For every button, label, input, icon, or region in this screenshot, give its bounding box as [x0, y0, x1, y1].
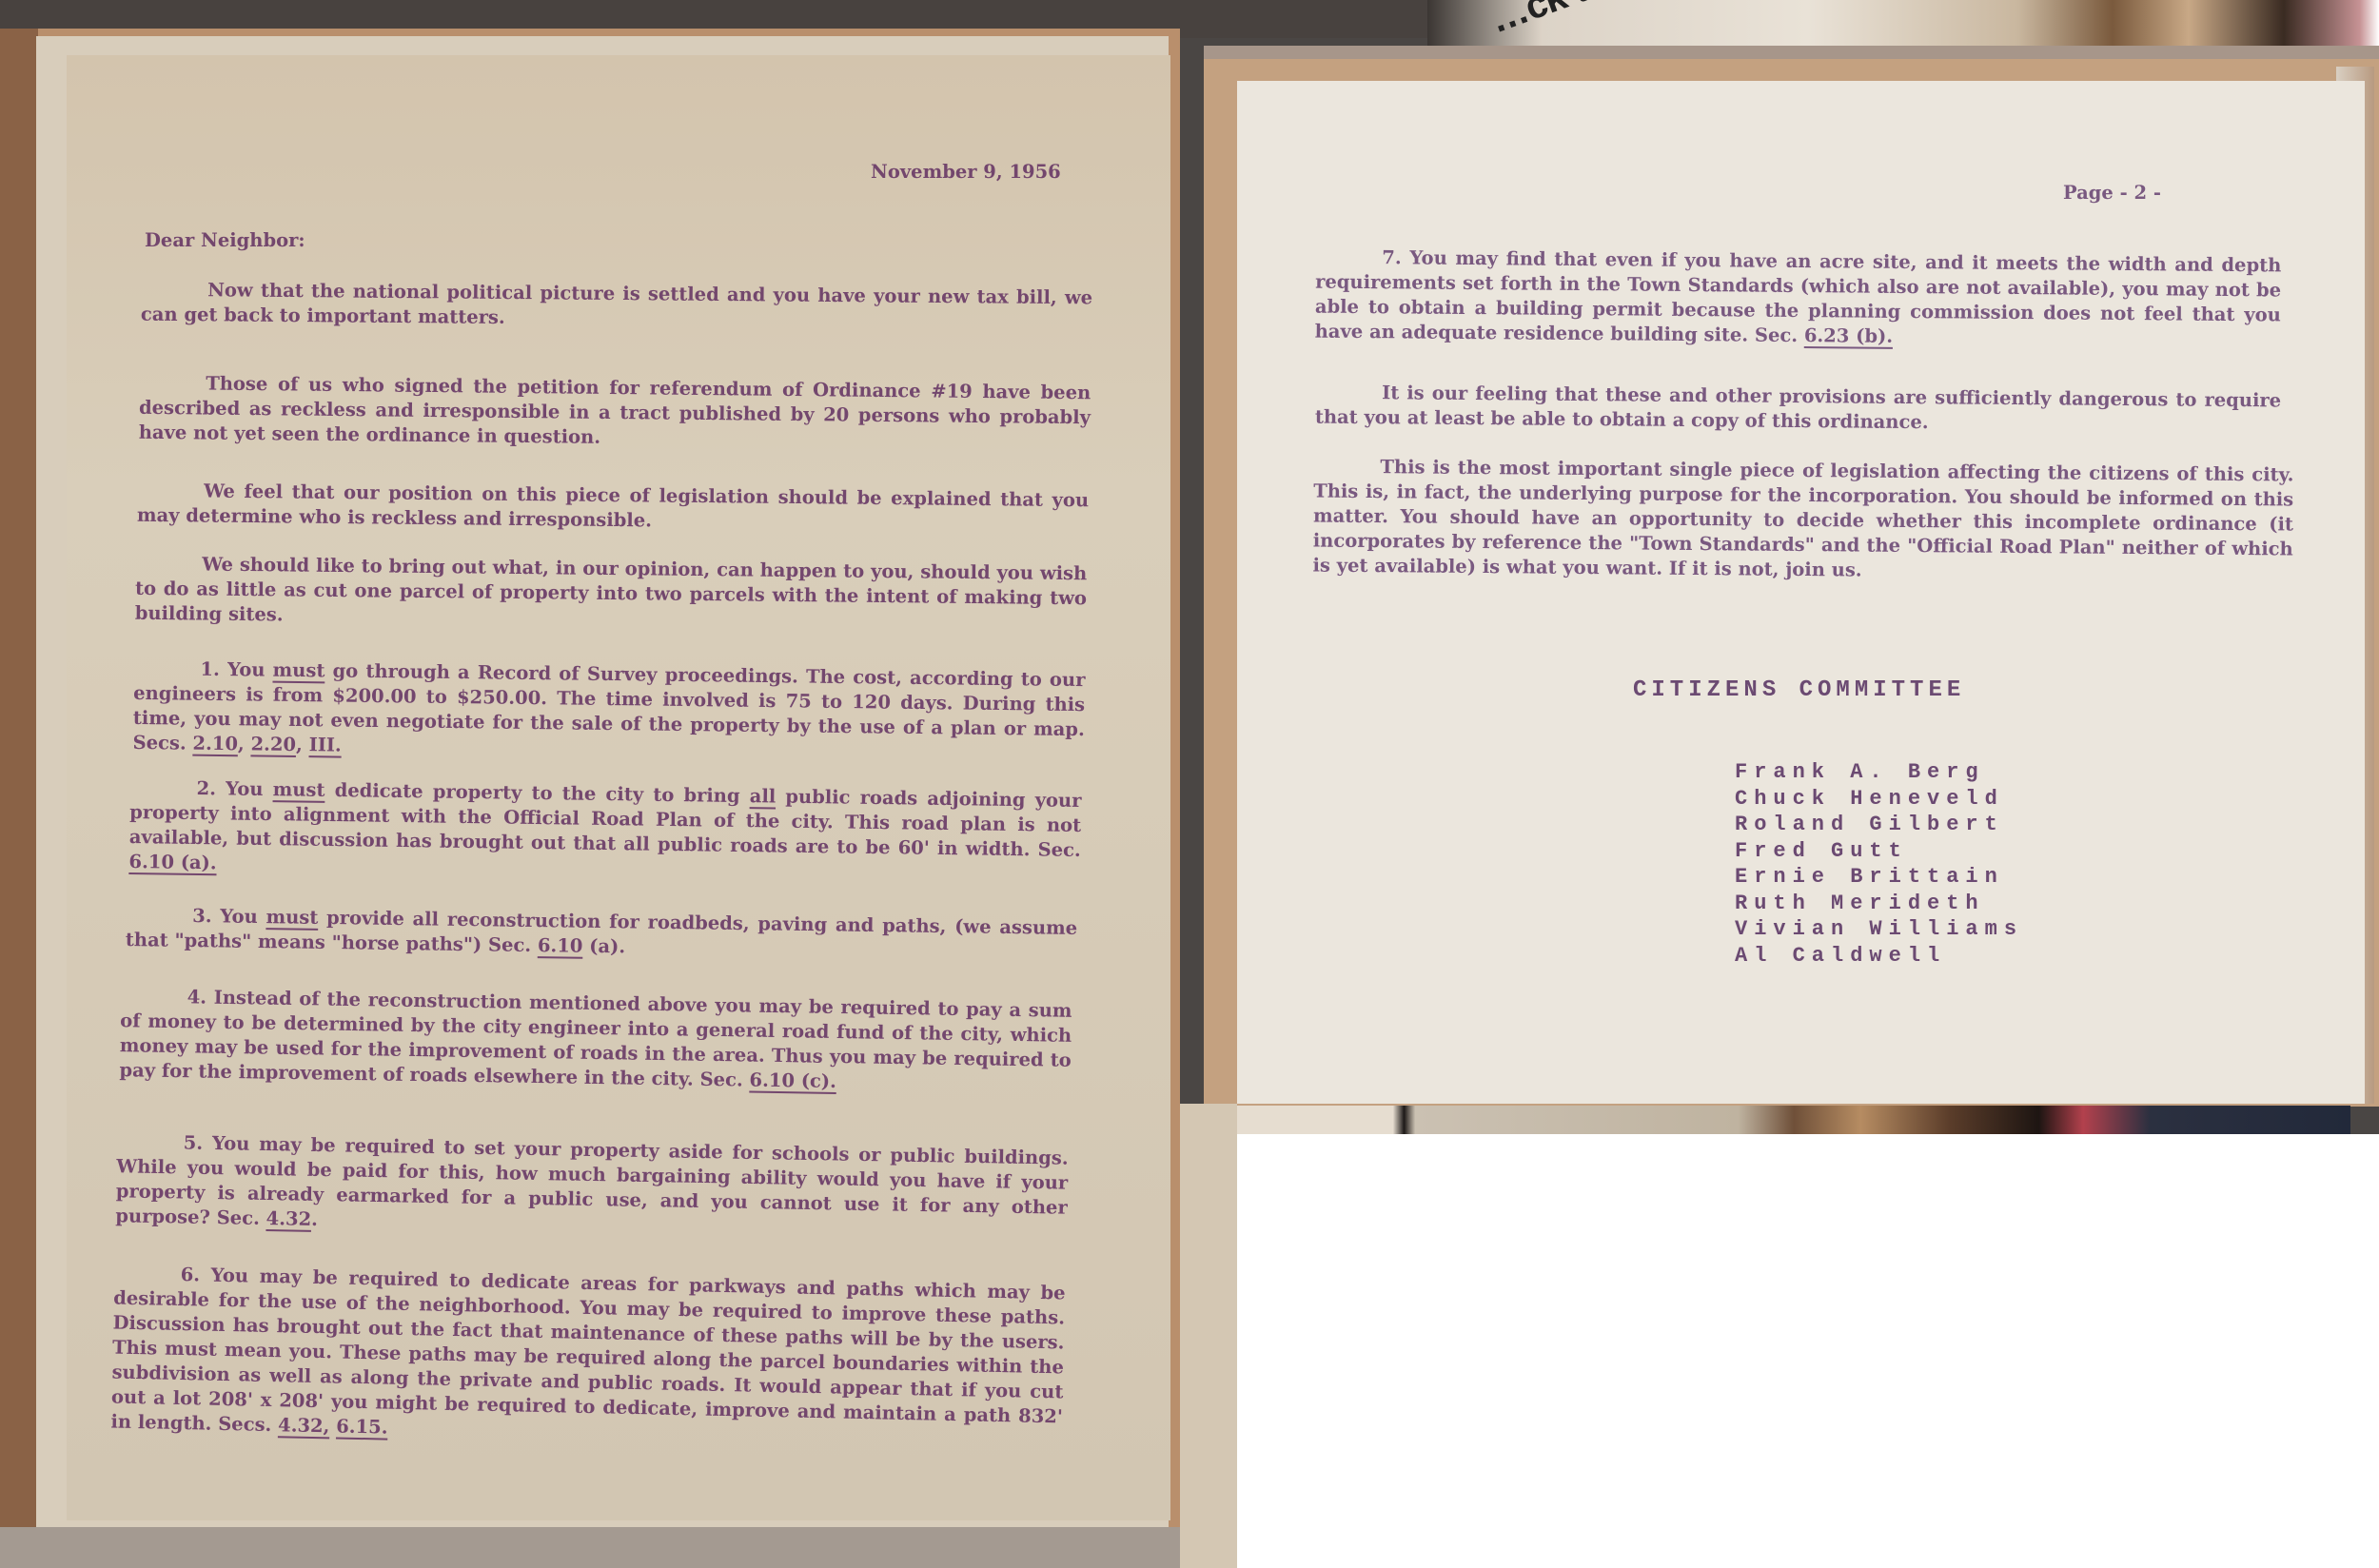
list-item-5: 5. You may be required to set your prope… — [115, 1129, 1069, 1245]
item-tail: . — [311, 1208, 318, 1230]
signatory-list: Frank A. Berg Chuck Heneveld Roland Gilb… — [1735, 759, 2023, 969]
item-number: 2. — [196, 777, 216, 799]
signatory-name: Ruth Merideth — [1735, 891, 2023, 917]
list-item-6: 6. You may be required to dedicate areas… — [110, 1262, 1066, 1455]
item-number: 1. — [200, 658, 220, 680]
right-binder-top-edge — [1204, 46, 2379, 59]
paragraph-petition: Those of us who signed the petition for … — [139, 371, 1091, 455]
letter-date: November 9, 1956 — [871, 160, 1061, 185]
section-ref: 6.23 (b). — [1804, 324, 1893, 347]
paragraph-provisions: It is our feeling that these and other p… — [1315, 381, 2281, 439]
list-item-7: 7. You may find that even if you have an… — [1315, 245, 2282, 353]
item-emphasis: must — [265, 906, 318, 929]
signatory-name: Fred Gutt — [1735, 838, 2023, 865]
left-page-bottom-shadow — [0, 1527, 1228, 1568]
item-text: dedicate property to the city to bring — [335, 779, 740, 807]
item-emphasis: all — [750, 785, 777, 807]
page-number-label: Page - 2 - — [2063, 181, 2161, 206]
item-text: You may be required to dedicate areas fo… — [110, 1264, 1066, 1436]
letter-salutation: Dear Neighbor: — [145, 228, 305, 253]
signatory-name: Vivian Williams — [1735, 916, 2023, 943]
paragraph-position: We feel that our position on this piece … — [137, 479, 1089, 538]
left-page-lower-edge — [1180, 1104, 1237, 1568]
item-tail: (a). — [589, 935, 625, 958]
section-ref: 2.20 — [250, 733, 296, 755]
signatory-name: Frank A. Berg — [1735, 759, 2023, 786]
signatory-name: Chuck Heneveld — [1735, 786, 2023, 813]
item-lead: You — [220, 905, 258, 928]
signature-committee-title: CITIZENS COMMITTEE — [1633, 677, 1965, 703]
item-text: You may be required to set your property… — [115, 1132, 1069, 1229]
item-emphasis: must — [273, 778, 325, 801]
item-number: 4. — [187, 986, 206, 1008]
paragraph-intro: Now that the national political picture … — [141, 278, 1092, 336]
background-bookshelf-strip — [1237, 1106, 2350, 1134]
left-binder-edge — [0, 29, 38, 1568]
signatory-name: Al Caldwell — [1735, 943, 2023, 970]
item-number: 3. — [192, 905, 212, 927]
list-item-2: 2. You must dedicate property to the cit… — [128, 775, 1081, 888]
item-lead: You — [226, 777, 264, 800]
item-lead: You — [227, 658, 265, 680]
item-text: You may find that even if you have an ac… — [1315, 246, 2282, 346]
section-ref: III. — [309, 734, 342, 755]
item-emphasis: must — [272, 659, 324, 682]
signatory-name: Roland Gilbert — [1735, 812, 2023, 838]
paragraph-opinion: We should like to bring out what, in our… — [135, 552, 1088, 636]
section-ref: 6.10 — [538, 934, 583, 957]
list-item-4: 4. Instead of the reconstruction mention… — [119, 984, 1072, 1098]
blank-canvas-area — [1237, 1134, 2379, 1568]
section-ref: 4.32, — [278, 1414, 330, 1437]
section-ref: 4.32 — [265, 1207, 311, 1230]
section-ref: 2.10 — [192, 733, 238, 755]
signatory-name: Ernie Brittain — [1735, 864, 2023, 891]
item-number: 5. — [184, 1132, 204, 1154]
list-item-1: 1. You must go through a Record of Surve… — [132, 657, 1085, 767]
section-ref: 6.10 (a). — [128, 851, 216, 873]
item-number: 6. — [180, 1264, 200, 1285]
item-number: 7. — [1382, 246, 1402, 268]
section-ref: 6.10 (c). — [749, 1069, 836, 1092]
section-ref: 6.15. — [336, 1415, 388, 1438]
paragraph-importance: This is the most important single piece … — [1312, 455, 2293, 587]
item-text: Instead of the reconstruction mentioned … — [119, 987, 1072, 1091]
